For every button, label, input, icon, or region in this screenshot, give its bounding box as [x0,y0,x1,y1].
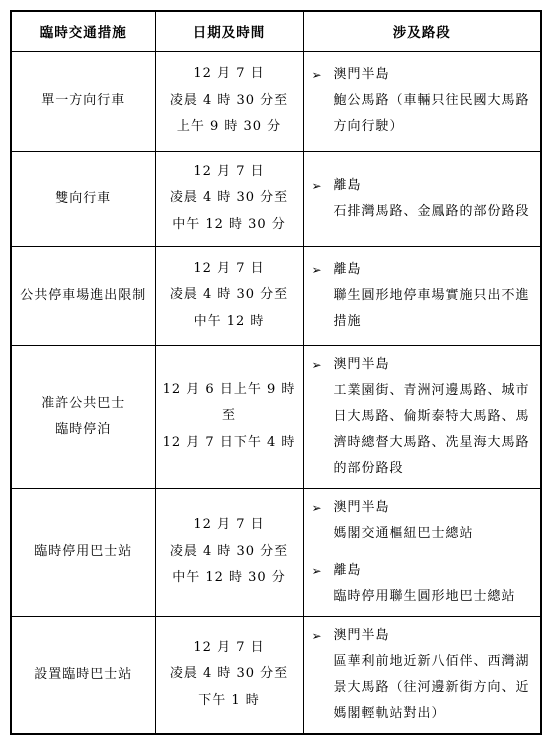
road-group: ➢ 離島 聯生圓形地停車場實施只出不進措施 [312,257,535,335]
measure-cell: 單一方向行車 [11,51,155,151]
document-page: 臨時交通措施 日期及時間 涉及路段 單一方向行車 12 月 7 日 凌晨 4 時… [0,0,550,701]
datetime-line: 下午 1 時 [162,688,297,715]
arrow-bullet-icon: ➢ [312,623,334,649]
datetime-line: 凌晨 4 時 30 分至 [162,88,297,115]
arrow-bullet-icon: ➢ [312,257,334,283]
road-group: ➢ 澳門半島 工業園街、青洲河邊馬路、城市日大馬路、倫斯泰特大馬路、馬濟時總督大… [312,352,535,482]
datetime-cell: 12 月 7 日 凌晨 4 時 30 分至 中午 12 時 30 分 [155,488,303,616]
header-roads: 涉及路段 [303,11,541,51]
road-group: ➢ 澳門半島 區華利前地近新八佰伴、西灣湖景大馬路（往河邊新街方向、近媽閣輕軌站… [312,623,535,727]
traffic-measures-table: 臨時交通措施 日期及時間 涉及路段 單一方向行車 12 月 7 日 凌晨 4 時… [10,10,542,735]
road-detail: 工業園街、青洲河邊馬路、城市日大馬路、倫斯泰特大馬路、馬濟時總督大馬路、冼星海大… [334,378,535,482]
datetime-line: 12 月 7 日 [162,635,297,662]
roads-cell: ➢ 澳門半島 鮑公馬路（車輛只往民國大馬路方向行駛） [303,51,541,151]
datetime-line: 12 月 7 日下午 4 時 [162,430,297,457]
roads-cell: ➢ 離島 石排灣馬路、金鳳路的部份路段 [303,151,541,246]
measure-cell: 准許公共巴士 臨時停泊 [11,345,155,488]
road-detail: 鮑公馬路（車輛只往民國大馬路方向行駛） [334,88,535,140]
table-row: 公共停車場進出限制 12 月 7 日 凌晨 4 時 30 分至 中午 12 時 … [11,246,541,345]
datetime-line: 凌晨 4 時 30 分至 [162,661,297,688]
measure-cell: 臨時停用巴士站 [11,488,155,616]
datetime-line: 凌晨 4 時 30 分至 [162,282,297,309]
datetime-line: 12 月 7 日 [162,61,297,88]
datetime-line: 中午 12 時 30 分 [162,212,297,239]
measure-line: 單一方向行車 [16,88,151,114]
arrow-bullet-icon: ➢ [312,495,334,521]
roads-cell: ➢ 澳門半島 區華利前地近新八佰伴、西灣湖景大馬路（往河邊新街方向、近媽閣輕軌站… [303,616,541,734]
road-group: ➢ 離島 臨時停用聯生圓形地巴士總站 [312,558,535,610]
road-group: ➢ 離島 石排灣馬路、金鳳路的部份路段 [312,173,535,225]
arrow-bullet-icon: ➢ [312,62,334,88]
road-group: ➢ 澳門半島 鮑公馬路（車輛只往民國大馬路方向行駛） [312,62,535,140]
measure-line: 臨時停泊 [16,417,151,443]
road-detail: 媽閣交通樞紐巴士總站 [334,521,535,547]
datetime-line: 中午 12 時 [162,309,297,336]
road-group: ➢ 澳門半島 媽閣交通樞紐巴士總站 [312,495,535,547]
road-detail: 聯生圓形地停車場實施只出不進措施 [334,283,535,335]
roads-cell: ➢ 離島 聯生圓形地停車場實施只出不進措施 [303,246,541,345]
measure-cell: 雙向行車 [11,151,155,246]
header-measure: 臨時交通措施 [11,11,155,51]
road-area: 離島 [334,558,535,584]
datetime-cell: 12 月 6 日上午 9 時 至 12 月 7 日下午 4 時 [155,345,303,488]
measure-line: 公共停車場進出限制 [16,283,151,309]
datetime-line: 12 月 7 日 [162,512,297,539]
roads-cell: ➢ 澳門半島 媽閣交通樞紐巴士總站 ➢ 離島 臨時停用聯生圓形地巴士總站 [303,488,541,616]
table-row: 臨時停用巴士站 12 月 7 日 凌晨 4 時 30 分至 中午 12 時 30… [11,488,541,616]
arrow-bullet-icon: ➢ [312,352,334,378]
measure-line: 雙向行車 [16,186,151,212]
measure-line: 設置臨時巴士站 [16,662,151,688]
table-row: 准許公共巴士 臨時停泊 12 月 6 日上午 9 時 至 12 月 7 日下午 … [11,345,541,488]
arrow-bullet-icon: ➢ [312,558,334,584]
road-area: 澳門半島 [334,62,535,88]
road-area: 澳門半島 [334,623,535,649]
datetime-cell: 12 月 7 日 凌晨 4 時 30 分至 下午 1 時 [155,616,303,734]
roads-cell: ➢ 澳門半島 工業園街、青洲河邊馬路、城市日大馬路、倫斯泰特大馬路、馬濟時總督大… [303,345,541,488]
datetime-line: 12 月 7 日 [162,256,297,283]
road-area: 澳門半島 [334,495,535,521]
datetime-line: 12 月 6 日上午 9 時 [162,377,297,404]
table-row: 雙向行車 12 月 7 日 凌晨 4 時 30 分至 中午 12 時 30 分 … [11,151,541,246]
measure-cell: 公共停車場進出限制 [11,246,155,345]
datetime-cell: 12 月 7 日 凌晨 4 時 30 分至 中午 12 時 [155,246,303,345]
measure-cell: 設置臨時巴士站 [11,616,155,734]
datetime-line: 中午 12 時 30 分 [162,565,297,592]
datetime-line: 凌晨 4 時 30 分至 [162,185,297,212]
road-detail: 石排灣馬路、金鳳路的部份路段 [334,199,535,225]
datetime-line: 至 [162,403,297,430]
table-row: 設置臨時巴士站 12 月 7 日 凌晨 4 時 30 分至 下午 1 時 ➢ 澳… [11,616,541,734]
road-detail: 區華利前地近新八佰伴、西灣湖景大馬路（往河邊新街方向、近媽閣輕軌站對出） [334,649,535,727]
datetime-cell: 12 月 7 日 凌晨 4 時 30 分至 中午 12 時 30 分 [155,151,303,246]
road-detail: 臨時停用聯生圓形地巴士總站 [334,584,535,610]
datetime-line: 凌晨 4 時 30 分至 [162,539,297,566]
road-area: 離島 [334,173,535,199]
table-row: 單一方向行車 12 月 7 日 凌晨 4 時 30 分至 上午 9 時 30 分… [11,51,541,151]
measure-line: 准許公共巴士 [16,391,151,417]
datetime-cell: 12 月 7 日 凌晨 4 時 30 分至 上午 9 時 30 分 [155,51,303,151]
datetime-line: 上午 9 時 30 分 [162,114,297,141]
datetime-line: 12 月 7 日 [162,159,297,186]
road-area: 澳門半島 [334,352,535,378]
header-datetime: 日期及時間 [155,11,303,51]
measure-line: 臨時停用巴士站 [16,539,151,565]
arrow-bullet-icon: ➢ [312,173,334,199]
table-header-row: 臨時交通措施 日期及時間 涉及路段 [11,11,541,51]
road-area: 離島 [334,257,535,283]
